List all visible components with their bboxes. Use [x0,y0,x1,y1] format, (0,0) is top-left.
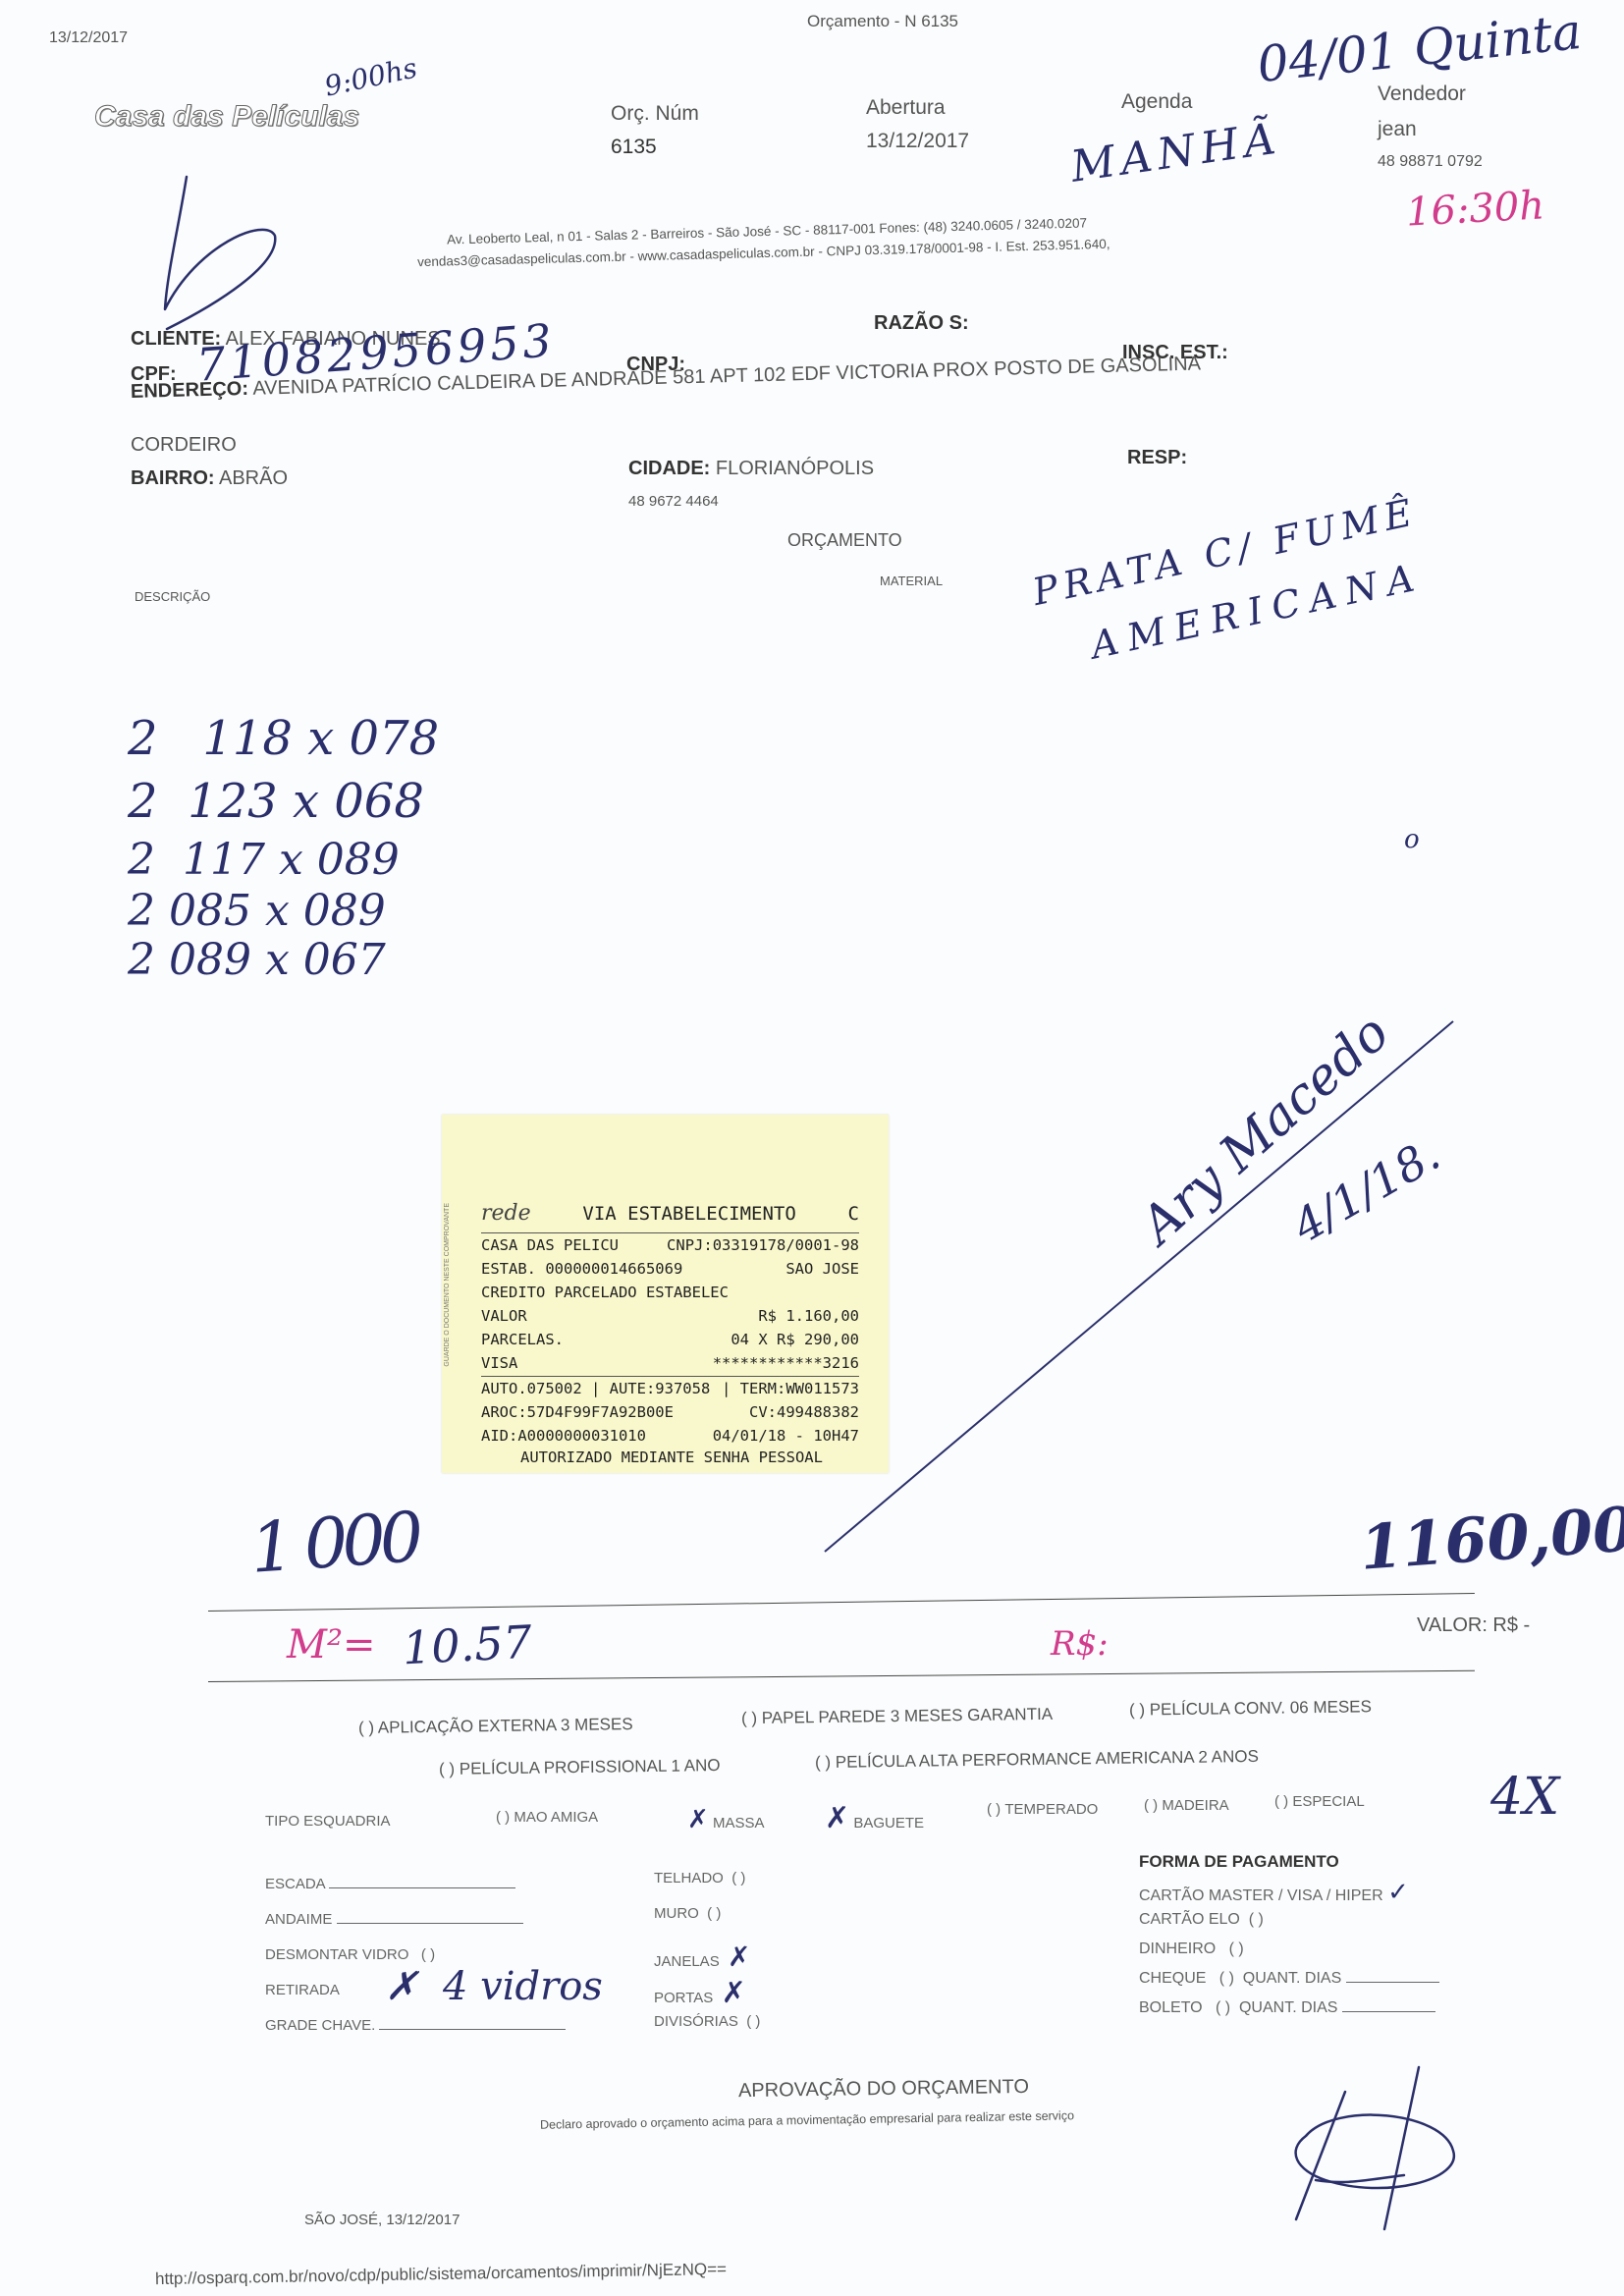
cidade-field: CIDADE: FLORIANÓPOLIS [628,458,874,480]
handwritten-big-b-mark [157,167,295,334]
handwritten-time-note: 9:00hs [322,51,420,102]
card-receipt: GUARDE O DOCUMENTO NESTE COMPROVANTE red… [442,1115,889,1473]
valor-label: VALOR: R$ - [1417,1614,1530,1637]
print-date: 13/12/2017 [49,29,128,47]
payment-title: FORMA DE PAGAMENTO [1139,1852,1339,1872]
endereco-label: ENDEREÇO: [131,378,249,403]
handwritten-left-scribble: 1 000 [247,1497,420,1589]
receipt-row: VISA************3216 [481,1354,859,1372]
endereco-continuation: CORDEIRO [131,434,237,457]
descricao-label: DESCRIÇÃO [135,589,210,604]
cidade-label: CIDADE: [628,458,710,479]
payment-option-card[interactable]: CARTÃO MASTER / VISA / HIPER ✓ [1139,1878,1409,1907]
handwritten-date-note: 04/01 Quinta [1255,3,1585,93]
check-icon: ✓ [1387,1878,1409,1907]
esquadria-option-madeira[interactable]: ( ) MADEIRA [1144,1797,1229,1814]
receipt-row: CREDITO PARCELADO ESTABELEC [481,1284,859,1301]
handwritten-installments: 4X [1490,1768,1559,1827]
service-telhado[interactable]: TELHADO ( ) [654,1870,745,1886]
esquadria-option-mao-amiga[interactable]: ( ) MAO AMIGA [496,1809,598,1826]
orc-num-label: Orç. Núm [611,102,699,126]
check-x-icon: ✗ [728,1941,750,1973]
abertura-value: 13/12/2017 [866,130,969,153]
receipt-footer: AUTORIZADO MEDIANTE SENHA PESSOAL [520,1449,859,1466]
item-list: 2 118 x 078 2 123 x 068 2 117 x 089 2 08… [128,707,439,986]
receipt-row: VALORR$ 1.160,00 [481,1307,859,1325]
esquadria-option-especial[interactable]: ( ) ESPECIAL [1274,1793,1365,1810]
handwritten-agenda-value: MANHÃ [1067,113,1283,191]
receipt-row: ESTAB. 000000014665069SAO JOSE [481,1260,859,1278]
approval-declaration: Declaro aprovado o orçamento acima para … [540,2108,1074,2131]
handwritten-stray-mark: o [1404,825,1420,854]
receipt-row: CASA DAS PELICUCNPJ:03319178/0001-98 [481,1236,859,1254]
service-escada[interactable]: ESCADA [265,1876,515,1892]
material-label: MATERIAL [880,574,943,588]
bairro-field: BAIRRO: ABRÃO [131,467,288,490]
company-logo: Casa das Películas [94,100,359,134]
payment-option-boleto[interactable]: BOLETO ( ) QUANT. DIAS [1139,1999,1435,2017]
service-desmontar-vidro[interactable]: DESMONTAR VIDRO ( ) [265,1946,435,1963]
document-title: Orçamento - N 6135 [807,12,958,31]
razao-label: RAZÃO S: [874,312,969,335]
service-andaime[interactable]: ANDAIME [265,1911,523,1928]
warranty-option-external[interactable]: ( ) APLICAÇÃO EXTERNA 3 MESES [358,1715,633,1738]
service-portas[interactable]: PORTAS ✗ [654,1976,746,2010]
receipt-row: AID:A000000003101004/01/18 - 10H47 [481,1427,859,1445]
esquadria-label: TIPO ESQUADRIA [265,1813,391,1830]
check-x-icon: ✗ [722,1976,746,2010]
receipt-title: VIA ESTABELECIMENTO [582,1203,795,1225]
handwritten-rs-label: R$: [1051,1624,1109,1664]
vendedor-phone: 48 98871 0792 [1378,153,1483,171]
check-x-icon: ✗ [687,1805,709,1834]
handwritten-pink-time: 16:30h [1405,183,1545,235]
vendedor-label: Vendedor [1378,82,1466,106]
bairro-label: BAIRRO: [131,467,215,489]
rede-logo: rede [481,1201,531,1226]
payment-option-elo[interactable]: CARTÃO ELO ( ) [1139,1911,1264,1929]
receipt-side-text: GUARDE O DOCUMENTO NESTE COMPROVANTE [444,1203,451,1367]
list-item: 2 118 x 078 [128,707,439,770]
divider [208,1670,1475,1682]
service-retirada[interactable]: RETIRADA [265,1982,340,1998]
service-grade-chave[interactable]: GRADE CHAVE. [265,2017,566,2034]
divider [208,1593,1475,1612]
list-item: 2 089 x 067 [128,935,439,986]
receipt-row: AROC:57D4F99F7A92B00ECV:499488382 [481,1403,859,1421]
warranty-option-wallpaper[interactable]: ( ) PAPEL PAREDE 3 MESES GARANTIA [741,1705,1053,1728]
check-x-icon: ✗ [825,1801,849,1835]
payment-option-cheque[interactable]: CHEQUE ( ) QUANT. DIAS [1139,1970,1439,1988]
warranty-option-professional[interactable]: ( ) PELÍCULA PROFISSIONAL 1 ANO [439,1756,721,1779]
orcamento-label: ORÇAMENTO [787,530,902,551]
payment-option-dinheiro[interactable]: DINHEIRO ( ) [1139,1941,1244,1958]
client-signature [1276,2062,1483,2239]
esquadria-option-temperado[interactable]: ( ) TEMPERADO [987,1801,1098,1818]
receipt-row: PARCELAS.04 X R$ 290,00 [481,1331,859,1348]
list-item: 2 123 x 068 [128,770,439,833]
diagonal-strike-line [805,982,1512,1591]
esquadria-option-baguete[interactable]: ✗ BAGUETE [825,1801,924,1835]
esquadria-option-massa[interactable]: ✗ MASSA [687,1805,764,1834]
handwritten-m2-label: M²= [287,1622,376,1667]
receipt-row: AUTO.075002 | AUTE:937058| TERM:WW011573 [481,1380,859,1397]
handwritten-m2-value: 10.57 [402,1615,533,1675]
warranty-option-conv[interactable]: ( ) PELÍCULA CONV. 06 MESES [1129,1697,1372,1720]
agenda-label: Agenda [1121,90,1192,114]
resp-label: RESP: [1127,447,1187,469]
service-divisorias[interactable]: DIVISÓRIAS ( ) [654,2013,760,2030]
list-item: 2 085 x 089 [128,888,439,935]
receipt-corner: C [848,1203,859,1225]
bairro-value: ABRÃO [219,467,288,489]
service-janelas[interactable]: JANELAS ✗ [654,1941,751,1973]
orc-num-value: 6135 [611,136,657,159]
handwritten-retirada-note: ✗ 4 vidros [385,1964,603,2009]
place-date: SÃO JOSÉ, 13/12/2017 [304,2212,460,2228]
service-muro[interactable]: MURO ( ) [654,1905,721,1922]
client-phone: 48 9672 4464 [628,493,719,510]
abertura-label: Abertura [866,96,946,120]
approval-title: APROVAÇÃO DO ORÇAMENTO [738,2076,1029,2103]
warranty-option-high-performance[interactable]: ( ) PELÍCULA ALTA PERFORMANCE AMERICANA … [815,1747,1259,1773]
vendedor-name: jean [1378,118,1417,141]
list-item: 2 117 x 089 [128,833,439,888]
print-url: http://osparq.com.br/novo/cdp/public/sis… [155,2260,727,2289]
cidade-value: FLORIANÓPOLIS [716,458,874,479]
